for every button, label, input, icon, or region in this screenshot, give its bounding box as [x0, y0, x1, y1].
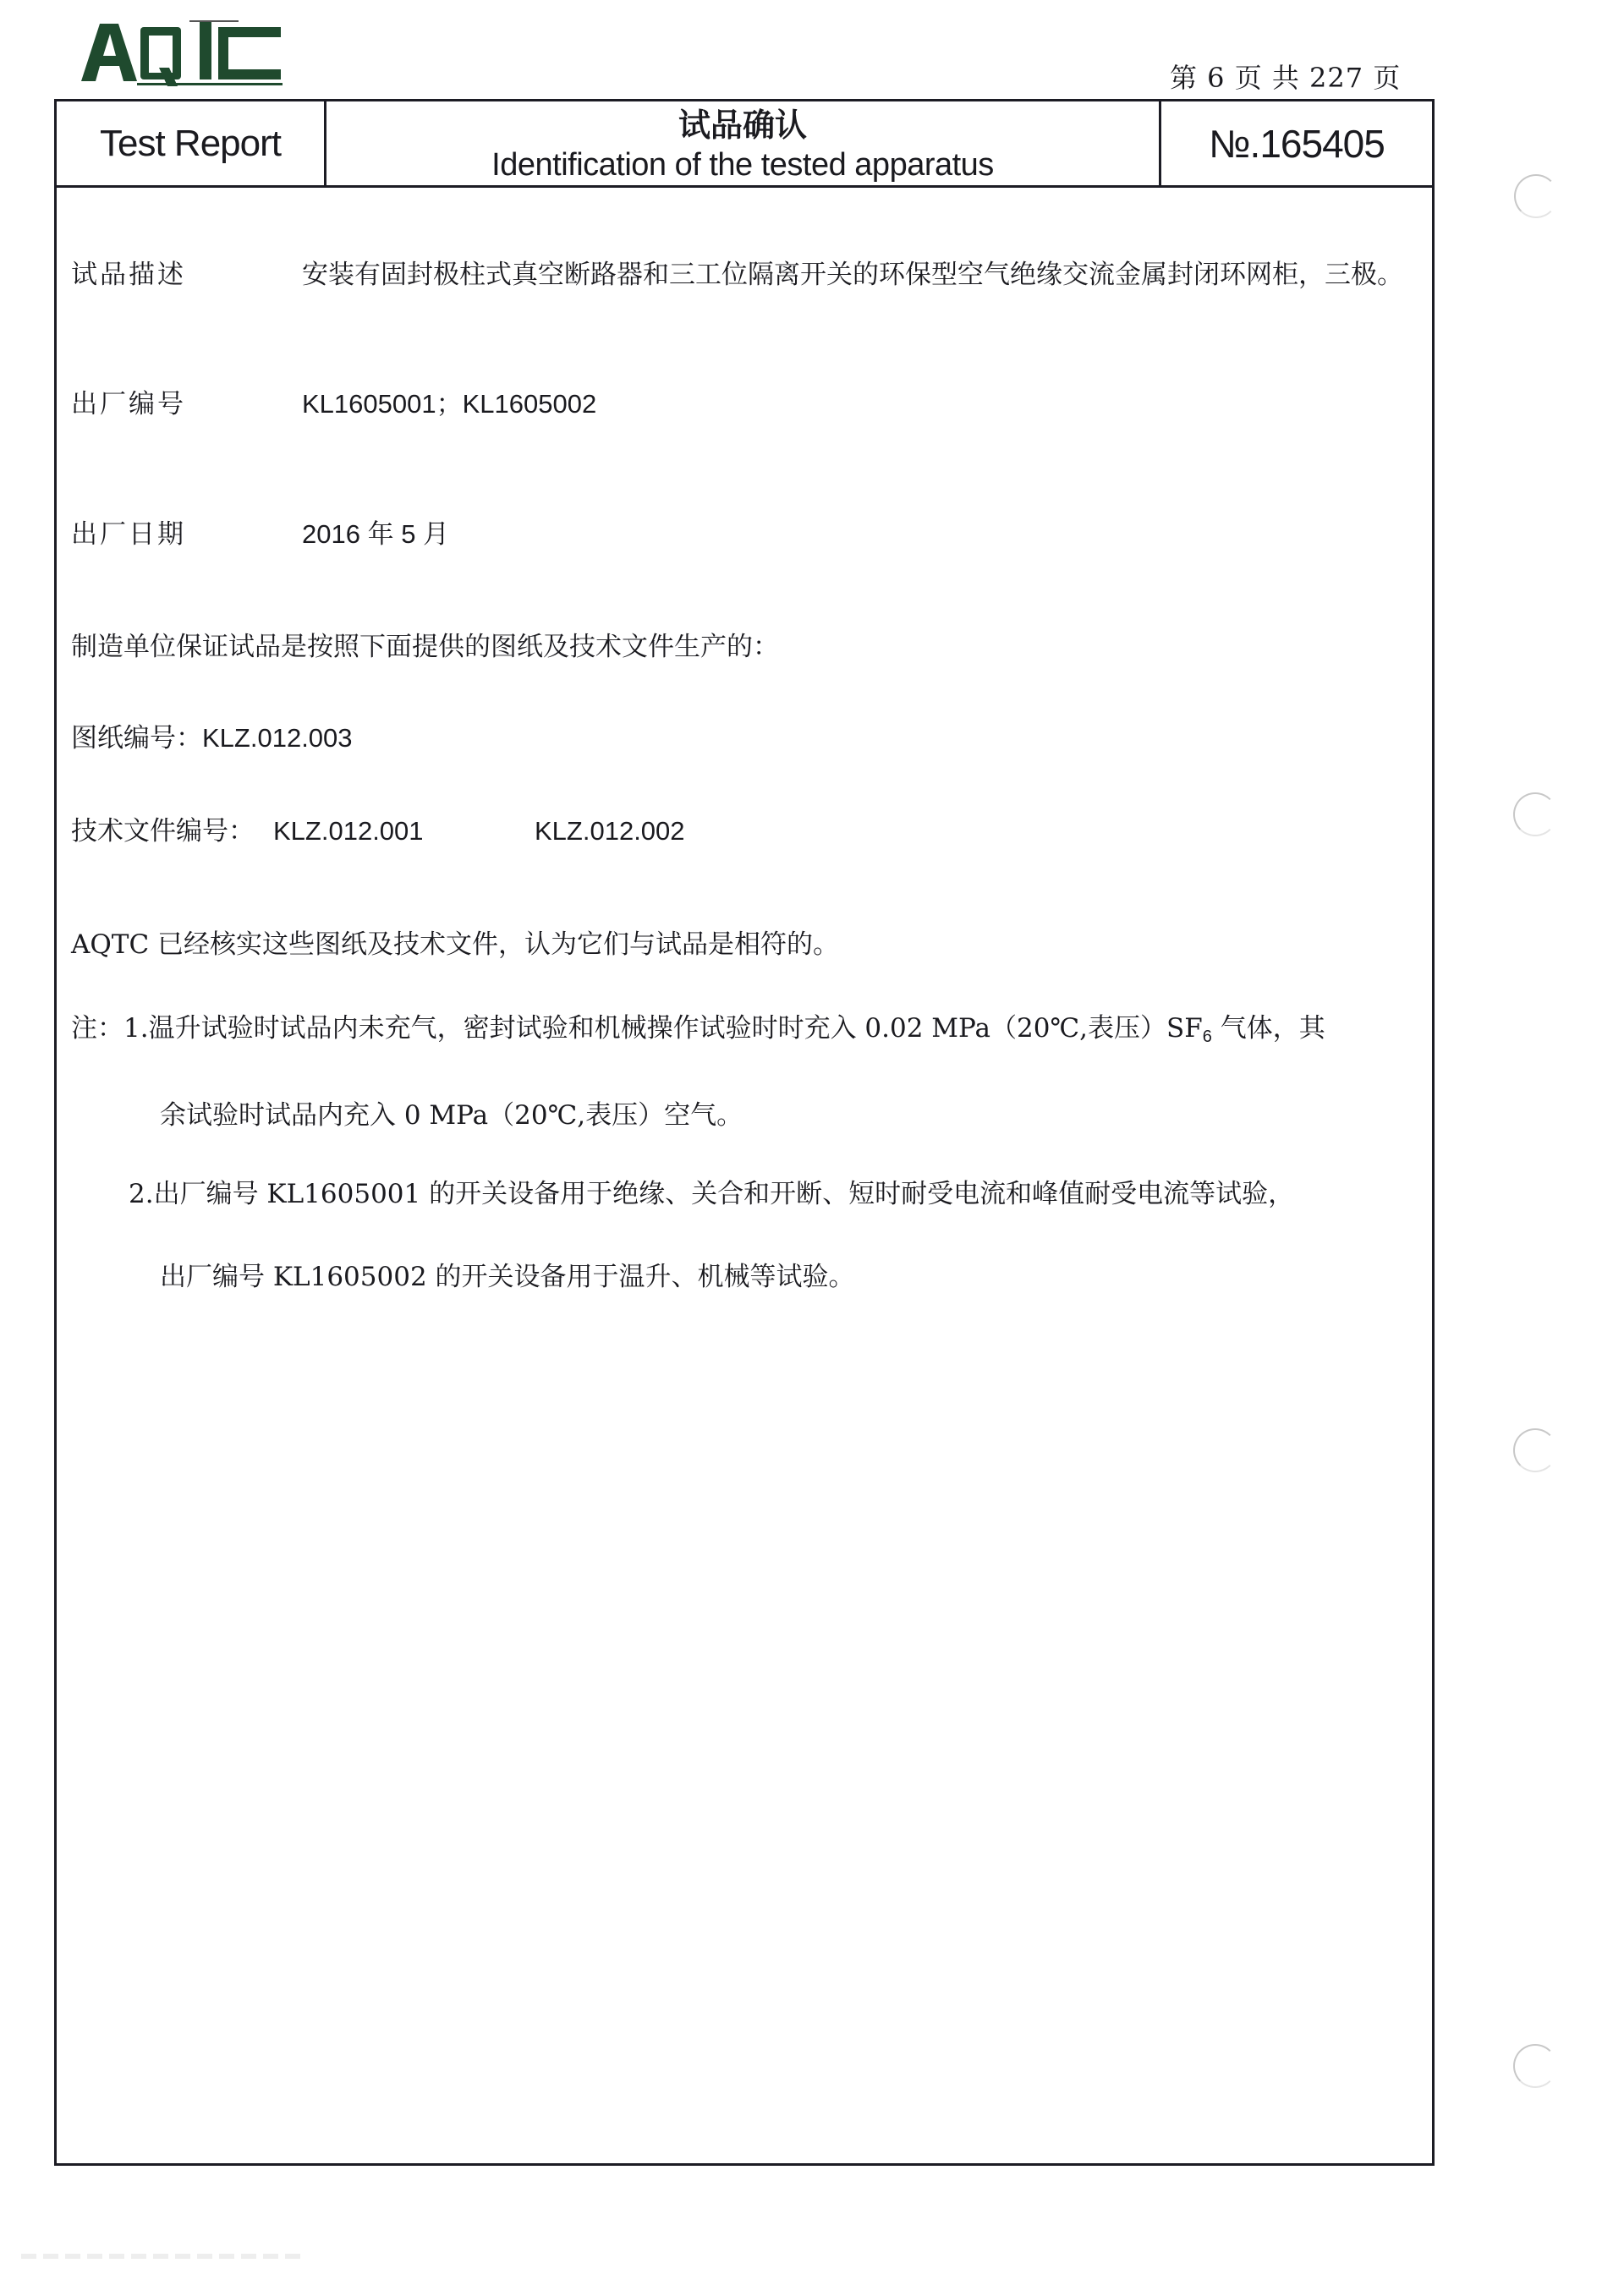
note-1-line-1: 注：1.温升试验时试品内未充气，密封试验和机械操作试验时时充入 0.02 MPa… [71, 1011, 1325, 1045]
punch-hole-icon [1514, 174, 1558, 218]
drawing-number-value: KLZ.012.003 [202, 723, 353, 753]
note-1-text-b: 气体，其 [1212, 1013, 1325, 1044]
date-value: 2016 年 5 月 [302, 518, 449, 551]
punch-hole-icon [1513, 2044, 1557, 2088]
punch-hole-icon [1513, 792, 1557, 836]
report-type: Test Report [57, 101, 324, 185]
page-count: 第 6 页 共 227 页 [1170, 59, 1401, 96]
page-title-cn: 试品确认 [326, 105, 1159, 145]
note-2-line-1: 2.出厂编号 KL1605001 的开关设备用于绝缘、关合和开断、短时耐受电流和… [129, 1177, 1294, 1211]
serial-no-label: 出厂编号 [71, 387, 186, 421]
manufacturer-statement: 制造单位保证试品是按照下面提供的图纸及技术文件生产的： [71, 630, 779, 664]
punch-hole-icon [1513, 1428, 1557, 1472]
sf6-subscript: 6 [1203, 1027, 1212, 1046]
page-title: 试品确认 Identification of the tested appara… [326, 101, 1159, 185]
serial-no-value: KL1605001；KL1605002 [302, 387, 596, 421]
note-2-line-2: 出厂编号 KL1605002 的开关设备用于温升、机械等试验。 [160, 1260, 855, 1294]
report-number: №.165405 [1161, 101, 1432, 185]
page-title-en: Identification of the tested apparatus [326, 145, 1159, 184]
logo-icon [81, 20, 283, 88]
description-label: 试品描述 [71, 258, 186, 292]
header-divider [54, 185, 1435, 188]
drawing-number-row: 图纸编号：KLZ.012.003 [71, 721, 353, 755]
tech-doc-label: 技术文件编号： [71, 814, 255, 848]
date-label: 出厂日期 [71, 518, 186, 551]
drawing-number-label: 图纸编号： [71, 723, 202, 753]
report-frame [54, 99, 1435, 2166]
verification-statement: AQTC 已经核实这些图纸及技术文件，认为它们与试品是相符的。 [71, 928, 839, 962]
description-value: 安装有固封极柱式真空断路器和三工位隔离开关的环保型空气绝缘交流金属封闭环网柜，三… [302, 258, 1403, 292]
note-1-line-2: 余试验时试品内充入 0 MPa（20℃,表压）空气。 [160, 1099, 743, 1132]
aqtc-logo [81, 20, 283, 88]
tech-doc-value-1: KLZ.012.001 [273, 814, 424, 848]
note-1-text-a: 1.温升试验时试品内未充气，密封试验和机械操作试验时时充入 0.02 MPa（2… [123, 1013, 1203, 1044]
notes-prefix: 注： [71, 1013, 123, 1044]
scan-artifact [21, 2254, 300, 2259]
tech-doc-value-2: KLZ.012.002 [535, 814, 685, 848]
